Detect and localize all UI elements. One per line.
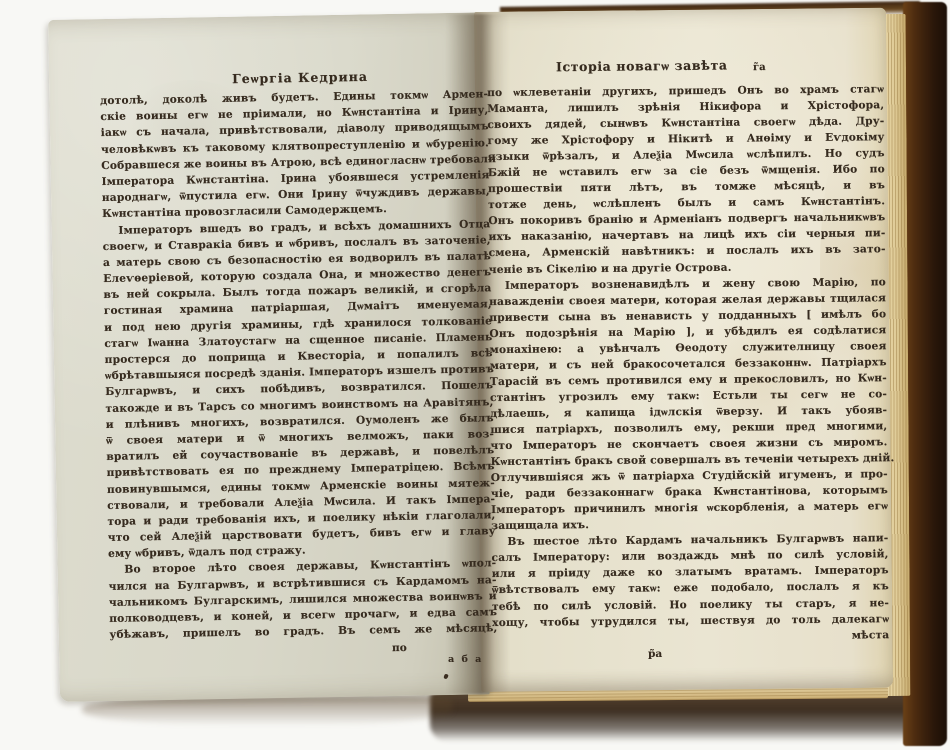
right-signature-mark: а б а [448,654,483,665]
book-photo: Геѡргіа Кедрина дотолѣ, доколѣ живъ буде… [0,0,950,750]
left-catchword: по [392,642,407,654]
left-page-text-block: дотолѣ, доколѣ живъ будетъ. Едины токмѡ … [100,88,498,645]
right-page-text-block: по ѡклеветаніи другихъ, пришедъ Онъ во х… [487,83,889,648]
right-folio-number-top: г̃а [753,62,766,73]
right-folio-number-bottom: р̃а [648,648,662,660]
right-running-title: Історіа новагѡ завѣта [556,57,786,75]
